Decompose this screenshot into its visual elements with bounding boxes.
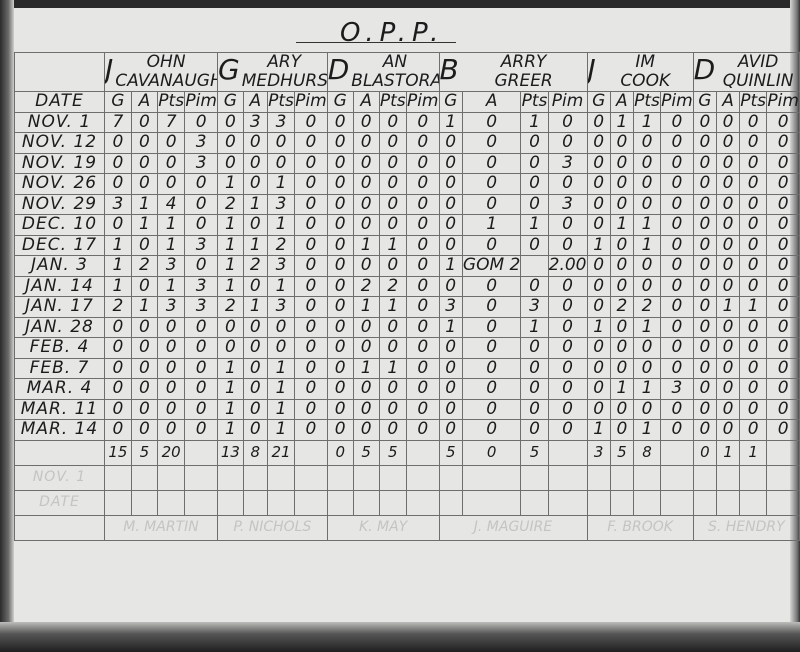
stat-value: 0 [243, 174, 267, 195]
stat-header: A [462, 92, 520, 113]
stat-value: 0 [353, 256, 379, 277]
ghost-cell [267, 490, 294, 515]
ghost-cell [633, 465, 660, 490]
ghost-row: M. MARTINP. NICHOLSK. MAYJ. MAGUIREF. BR… [15, 515, 800, 540]
game-date: MAR. 11 [15, 399, 105, 420]
stat-header: G [439, 92, 462, 113]
stat-value: 0 [548, 338, 587, 359]
stat-value: 3 [521, 297, 548, 318]
stat-value: 0 [548, 358, 587, 379]
stat-value: 0 [740, 399, 767, 420]
stat-value: 1 [353, 358, 379, 379]
ghost-cell [740, 490, 767, 515]
stat-value: 0 [610, 276, 633, 297]
stat-value: 0 [439, 153, 462, 174]
date-header: DATE [15, 92, 105, 113]
stat-value: 0 [295, 358, 328, 379]
stat-value: 0 [185, 420, 218, 441]
ghost-cell [379, 490, 406, 515]
stat-value: 0 [548, 133, 587, 154]
stat-value: 0 [217, 153, 243, 174]
stat-value: 0 [610, 194, 633, 215]
stat-value: 0 [406, 174, 439, 195]
stat-value: 0 [587, 297, 610, 318]
stat-value: 3 [157, 297, 184, 318]
stat-value: 0 [521, 153, 548, 174]
stat-value: 0 [379, 215, 406, 236]
stat-value: 0 [610, 256, 633, 277]
game-row: MAR. 11000010100000000000000000 [15, 399, 800, 420]
stat-value: 0 [693, 317, 716, 338]
stat-value: 0 [717, 256, 740, 277]
stat-value: 2 [217, 194, 243, 215]
stat-value: 0 [633, 276, 660, 297]
stat-value [521, 256, 548, 277]
stat-value: 0 [379, 317, 406, 338]
stat-value: 0 [462, 338, 520, 359]
total-value: 5 [610, 440, 633, 465]
stat-value: 0 [406, 215, 439, 236]
stat-value: 0 [587, 215, 610, 236]
stat-value: 0 [243, 215, 267, 236]
stat-value: 0 [740, 112, 767, 133]
stat-value: 0 [104, 317, 131, 338]
stat-value: 0 [295, 399, 328, 420]
stat-value: 0 [717, 338, 740, 359]
game-row: NOV. 26000010100000000000000000 [15, 174, 800, 195]
stat-value: 3 [548, 153, 587, 174]
title-underline [296, 42, 456, 43]
stat-value: 1 [217, 420, 243, 441]
ghost-cell [217, 465, 243, 490]
stat-value: 1 [243, 194, 267, 215]
stat-value: 0 [693, 112, 716, 133]
game-date: DEC. 10 [15, 215, 105, 236]
stat-value: 0 [462, 235, 520, 256]
ghost-cell [717, 465, 740, 490]
stat-value: 0 [740, 153, 767, 174]
ghost-cell [295, 465, 328, 490]
game-date: NOV. 1 [15, 112, 105, 133]
stat-value: 0 [267, 153, 294, 174]
stat-value: 0 [327, 194, 353, 215]
stat-value: 1 [104, 276, 131, 297]
ghost-cell [406, 490, 439, 515]
stat-value: 0 [295, 379, 328, 400]
stat-value: 0 [767, 153, 800, 174]
stat-value: 0 [717, 379, 740, 400]
stat-value: 0 [693, 358, 716, 379]
game-date: NOV. 29 [15, 194, 105, 215]
player-name-0: JOHNCAVANAUGH [104, 53, 217, 92]
stat-value: 0 [353, 133, 379, 154]
stat-value: 0 [767, 256, 800, 277]
stat-value: 0 [104, 420, 131, 441]
stat-value: 0 [327, 133, 353, 154]
stat-value: 0 [243, 379, 267, 400]
ghost-cell [185, 465, 218, 490]
stat-value: 0 [104, 215, 131, 236]
stat-value: 0 [353, 153, 379, 174]
stat-value: 0 [295, 276, 328, 297]
stat-value: 0 [406, 338, 439, 359]
stat-value: 0 [406, 399, 439, 420]
stat-value: 1 [267, 379, 294, 400]
stat-value: 0 [217, 112, 243, 133]
stat-value: 0 [439, 174, 462, 195]
game-row: JAN. 17213321300110303002200110 [15, 297, 800, 318]
stat-value: 0 [587, 379, 610, 400]
game-date: JAN. 17 [15, 297, 105, 318]
stat-header: Pts [157, 92, 184, 113]
stat-value: 0 [661, 338, 694, 359]
stat-value: 0 [439, 194, 462, 215]
stat-value: 7 [157, 112, 184, 133]
stat-value: 1 [633, 379, 660, 400]
stat-value: 0 [633, 194, 660, 215]
stat-value: 0 [661, 215, 694, 236]
stat-value: 0 [740, 215, 767, 236]
stat-value: 1 [610, 379, 633, 400]
stat-value: 0 [295, 420, 328, 441]
game-row: MAR. 4000010100000000001130000 [15, 379, 800, 400]
stat-value: 0 [521, 399, 548, 420]
stat-value: 0 [521, 235, 548, 256]
stat-value: 0 [717, 133, 740, 154]
ghost-cell [767, 465, 800, 490]
stat-value: 1 [462, 215, 520, 236]
stat-value: 0 [295, 317, 328, 338]
stat-value: 1 [157, 215, 184, 236]
stat-value: 0 [767, 420, 800, 441]
stat-value: 1 [587, 317, 610, 338]
stat-value: 1 [217, 235, 243, 256]
page-binding [0, 0, 800, 8]
ghost-cell [548, 490, 587, 515]
stat-header: Pim [185, 92, 218, 113]
stat-value: 0 [548, 235, 587, 256]
stat-value: 0 [610, 133, 633, 154]
stat-value: 0 [379, 112, 406, 133]
stat-value: 1 [633, 112, 660, 133]
stat-value: 0 [633, 399, 660, 420]
stat-value: 0 [131, 317, 157, 338]
stat-value: 0 [767, 297, 800, 318]
stat-value: 3 [267, 112, 294, 133]
stat-value: 3 [185, 133, 218, 154]
ghost-name: P. NICHOLS [217, 515, 327, 540]
stat-value: 0 [131, 358, 157, 379]
stat-value: 1 [217, 399, 243, 420]
stat-value: 2 [379, 276, 406, 297]
stat-value: 0 [633, 153, 660, 174]
stat-value: 0 [693, 276, 716, 297]
ghost-cell [131, 490, 157, 515]
ghost-name: J. MAGUIRE [439, 515, 587, 540]
stat-value: 0 [439, 358, 462, 379]
stat-value: 0 [353, 194, 379, 215]
stat-value: 0 [104, 379, 131, 400]
player-initial: G [218, 53, 240, 87]
player-initial: D [328, 53, 350, 87]
ghost-cell [462, 490, 520, 515]
stat-value: 0 [327, 297, 353, 318]
stat-header: A [131, 92, 157, 113]
stat-value: 0 [439, 420, 462, 441]
stat-value: 0 [295, 215, 328, 236]
game-date: DEC. 17 [15, 235, 105, 256]
stat-value: 0 [610, 358, 633, 379]
stat-value: 0 [295, 256, 328, 277]
stat-value: 2.00 [548, 256, 587, 277]
stat-value: 1 [217, 174, 243, 195]
total-value: 5 [131, 440, 157, 465]
stat-header: Pim [767, 92, 800, 113]
game-date: NOV. 26 [15, 174, 105, 195]
stat-value: 0 [185, 174, 218, 195]
stat-value: 0 [693, 153, 716, 174]
total-value: 5 [379, 440, 406, 465]
ghost-cell [693, 490, 716, 515]
stat-value: 1 [267, 358, 294, 379]
stat-value: 1 [217, 358, 243, 379]
stat-value: 0 [157, 379, 184, 400]
stat-value: 0 [406, 358, 439, 379]
game-date: NOV. 19 [15, 153, 105, 174]
ghost-text: NOV. 1 [15, 465, 105, 490]
player-names-row: JOHNCAVANAUGHGARYMEDHURSTDANBLASTORAHBAR… [15, 53, 800, 92]
stat-value: 0 [587, 153, 610, 174]
game-row: JAN. 31230123000001GOM 22.0000000000 [15, 256, 800, 277]
stat-value: 0 [661, 133, 694, 154]
stat-value: 0 [104, 358, 131, 379]
stat-value: 0 [693, 420, 716, 441]
total-value [406, 440, 439, 465]
stat-value: 0 [661, 317, 694, 338]
stat-value: 0 [548, 297, 587, 318]
stat-value: 0 [353, 215, 379, 236]
stat-value: 0 [406, 153, 439, 174]
stat-value: 0 [131, 276, 157, 297]
stat-value: 0 [740, 276, 767, 297]
total-value: 20 [157, 440, 184, 465]
ghost-cell [587, 465, 610, 490]
stat-value: 0 [661, 153, 694, 174]
stat-value: 0 [267, 317, 294, 338]
stat-value: 1 [267, 399, 294, 420]
stat-value: GOM 2 [462, 256, 520, 277]
ghost-cell [740, 465, 767, 490]
stat-value: 0 [406, 256, 439, 277]
stat-value: 2 [104, 297, 131, 318]
total-value: 5 [521, 440, 548, 465]
stat-value: 1 [379, 235, 406, 256]
stat-value: 0 [587, 133, 610, 154]
stat-value: 1 [633, 317, 660, 338]
stat-value: 0 [157, 133, 184, 154]
game-date: MAR. 4 [15, 379, 105, 400]
stat-value: 0 [379, 194, 406, 215]
stat-header: Pim [661, 92, 694, 113]
ghost-name: F. BROOK [587, 515, 693, 540]
stat-value: 3 [548, 194, 587, 215]
stat-value: 0 [379, 420, 406, 441]
stat-value: 0 [767, 338, 800, 359]
stat-value: 0 [693, 133, 716, 154]
ghost-cell [353, 465, 379, 490]
stat-value: 0 [717, 276, 740, 297]
stat-value: 0 [693, 399, 716, 420]
stat-value: 0 [767, 276, 800, 297]
stat-value: 3 [185, 276, 218, 297]
stat-value: 0 [243, 338, 267, 359]
stat-value: 0 [767, 112, 800, 133]
stat-value: 0 [353, 420, 379, 441]
stat-value: 0 [767, 399, 800, 420]
player-initial: B [440, 53, 459, 87]
stat-value: 0 [661, 297, 694, 318]
stat-value: 0 [717, 215, 740, 236]
stat-value: 0 [406, 112, 439, 133]
stat-value: 0 [767, 317, 800, 338]
stat-value: 0 [295, 153, 328, 174]
stat-value: 1 [740, 297, 767, 318]
stat-value: 2 [267, 235, 294, 256]
stat-value: 0 [439, 235, 462, 256]
stat-value: 0 [521, 276, 548, 297]
game-row: MAR. 14000010100000000010100000 [15, 420, 800, 441]
total-value [185, 440, 218, 465]
stat-value: 0 [548, 379, 587, 400]
stat-value: 0 [767, 215, 800, 236]
ghost-cell [610, 490, 633, 515]
stat-value: 0 [521, 194, 548, 215]
stat-value: 0 [587, 174, 610, 195]
ghost-name: S. HENDRY [693, 515, 799, 540]
stat-value: 0 [217, 317, 243, 338]
game-row: NOV. 12000300000000000000000000 [15, 133, 800, 154]
stat-value: 0 [740, 379, 767, 400]
stat-value: 3 [661, 379, 694, 400]
game-row: FEB. 4000000000000000000000000 [15, 338, 800, 359]
total-value: 5 [439, 440, 462, 465]
stat-value: 0 [633, 256, 660, 277]
stat-header: Pts [740, 92, 767, 113]
stat-value: 3 [185, 235, 218, 256]
stat-value: 0 [243, 420, 267, 441]
stat-value: 0 [379, 338, 406, 359]
stat-value: 0 [353, 379, 379, 400]
stat-value: 0 [740, 420, 767, 441]
stat-value: 0 [406, 133, 439, 154]
stat-header: G [327, 92, 353, 113]
stat-value: 0 [353, 338, 379, 359]
stat-value: 0 [548, 317, 587, 338]
total-value: 8 [243, 440, 267, 465]
stat-value: 0 [353, 317, 379, 338]
stat-value: 0 [548, 174, 587, 195]
stat-value: 1 [587, 235, 610, 256]
stat-value: 3 [267, 297, 294, 318]
stat-header: G [693, 92, 716, 113]
stat-value: 0 [717, 112, 740, 133]
stat-value: 1 [521, 215, 548, 236]
stat-value: 0 [243, 358, 267, 379]
stat-value: 0 [610, 420, 633, 441]
ghost-text [15, 515, 105, 540]
stat-value: 0 [295, 133, 328, 154]
stat-value: 0 [661, 399, 694, 420]
ghost-cell [633, 490, 660, 515]
page-left-edge [0, 0, 14, 652]
stat-value: 0 [243, 317, 267, 338]
stat-value: 0 [462, 194, 520, 215]
ghost-cell [587, 490, 610, 515]
stat-value: 0 [327, 399, 353, 420]
stat-header: Pim [406, 92, 439, 113]
stat-header: A [717, 92, 740, 113]
stat-value: 4 [157, 194, 184, 215]
stat-value: 0 [131, 174, 157, 195]
stat-value: 0 [439, 379, 462, 400]
stat-value: 0 [610, 174, 633, 195]
stat-value: 0 [131, 153, 157, 174]
stat-value: 0 [327, 358, 353, 379]
stat-value: 3 [185, 297, 218, 318]
stat-header-row: DATEGAPtsPimGAPtsPimGAPtsPimGAPtsPimGAPt… [15, 92, 800, 113]
stat-value: 1 [267, 174, 294, 195]
stat-value: 2 [353, 276, 379, 297]
game-row: NOV. 29314021300000000300000000 [15, 194, 800, 215]
total-value [661, 440, 694, 465]
stat-value: 1 [587, 420, 610, 441]
stat-value: 0 [131, 420, 157, 441]
player-name-3: BARRYGREER [439, 53, 587, 92]
stat-value: 0 [462, 112, 520, 133]
stat-value: 3 [185, 153, 218, 174]
ghost-cell [157, 490, 184, 515]
stat-header: A [610, 92, 633, 113]
stat-value: 2 [610, 297, 633, 318]
stat-value: 0 [610, 235, 633, 256]
stat-value: 0 [327, 338, 353, 359]
stat-value: 0 [661, 256, 694, 277]
stat-value: 0 [295, 112, 328, 133]
game-row: FEB. 7000010100110000000000000 [15, 358, 800, 379]
ghost-cell [717, 490, 740, 515]
total-value: 21 [267, 440, 294, 465]
stat-value: 1 [131, 215, 157, 236]
stat-value: 0 [406, 420, 439, 441]
stat-value: 3 [243, 112, 267, 133]
player-last-name: GREER [440, 72, 587, 91]
stat-value: 3 [267, 256, 294, 277]
stat-value: 0 [693, 235, 716, 256]
ghost-cell [243, 465, 267, 490]
stat-value: 0 [740, 133, 767, 154]
stat-value: 3 [157, 256, 184, 277]
stat-value: 0 [740, 358, 767, 379]
stat-value: 1 [243, 297, 267, 318]
stat-value: 0 [157, 399, 184, 420]
ghost-cell [353, 490, 379, 515]
game-date: MAR. 14 [15, 420, 105, 441]
stat-header: Pim [548, 92, 587, 113]
stat-value: 0 [548, 112, 587, 133]
stat-value: 0 [379, 379, 406, 400]
stat-value: 0 [610, 399, 633, 420]
stat-value: 0 [693, 194, 716, 215]
